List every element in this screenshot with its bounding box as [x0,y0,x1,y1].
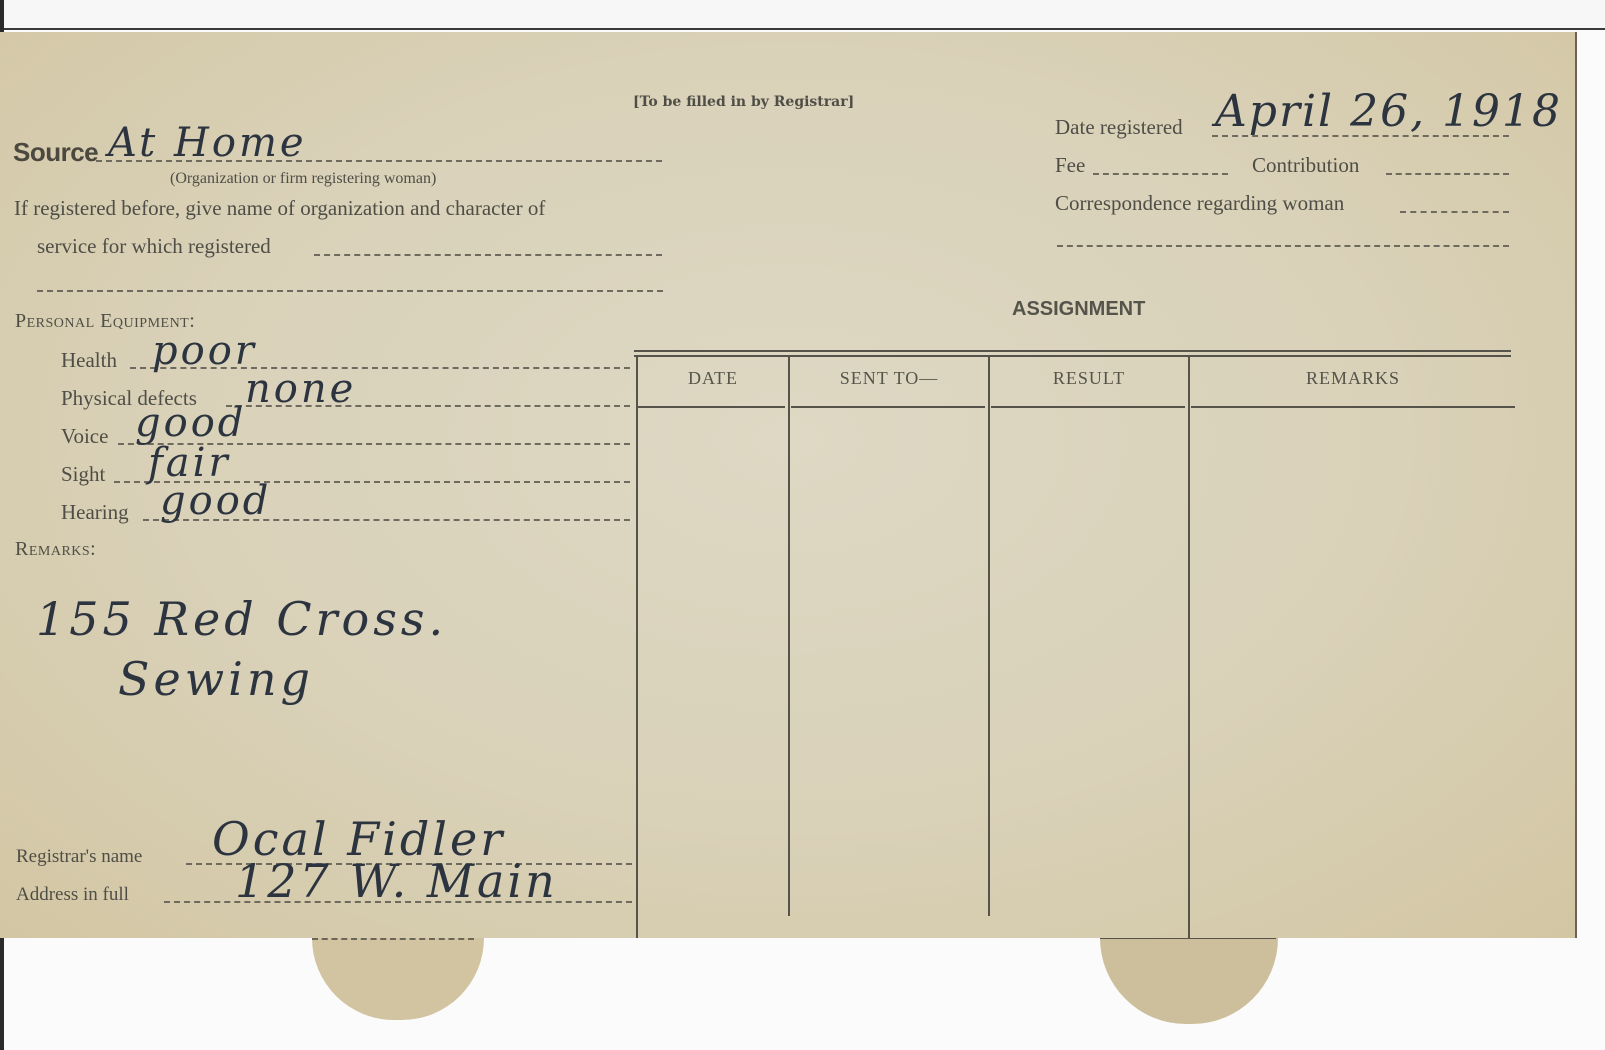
previous-registration-underline-1[interactable] [314,254,662,256]
registrar-note: [To be filled in by Registrar] [633,94,854,110]
fee-underline[interactable] [1093,173,1228,175]
address-value[interactable]: 127 W. Main [235,854,558,908]
previous-registration-underline-2[interactable] [37,290,663,292]
correspondence-underline-1[interactable] [1400,211,1509,213]
contribution-underline[interactable] [1386,173,1509,175]
remarks-column-cells[interactable] [1190,408,1516,928]
column-header-date: DATE [638,368,788,389]
assignment-title: ASSIGNMENT [1012,298,1145,321]
remarks-heading: Remarks: [15,538,96,561]
correspondence-label: Correspondence regarding woman [1055,191,1344,216]
health-label: Health [61,348,117,373]
health-value[interactable]: poor [152,328,257,374]
address-label: Address in full [16,884,129,906]
remarks-line-1[interactable]: 155 Red Cross. [36,592,447,646]
column-header-sent-to: SENT TO— [790,368,988,389]
tab-right-rule [1100,938,1276,939]
previous-registration-label-line1: If registered before, give name of organ… [14,196,545,221]
card-tab-right [1100,938,1278,1024]
table-top-rule-2 [634,355,1511,357]
hearing-value[interactable]: good [160,478,271,524]
sent-to-column-cells[interactable] [790,408,986,928]
source-value[interactable]: At Home [108,120,307,166]
sight-label: Sight [61,462,105,487]
hearing-label: Hearing [61,500,129,525]
correspondence-underline-2[interactable] [1057,245,1509,247]
result-column-cells[interactable] [990,408,1186,928]
scanner-background-top [0,0,1605,30]
contribution-label: Contribution [1252,153,1359,178]
voice-label: Voice [61,424,108,449]
previous-registration-label-line2: service for which registered [37,234,271,259]
column-header-remarks: REMARKS [1190,368,1516,389]
column-header-result: RESULT [990,368,1188,389]
remarks-line-2[interactable]: Sewing [118,652,314,706]
tab-left-dashed-line [312,938,474,940]
source-caption: (Organization or firm registering woman) [170,170,436,188]
table-top-rule-1 [634,350,1511,352]
source-label: Source [13,137,98,168]
physical-defects-value[interactable]: none [245,366,356,412]
registration-card: [To be filled in by Registrar] Source At… [0,32,1577,938]
date-registered-value[interactable]: April 26, 1918 [1215,86,1562,137]
card-tab-left [312,938,484,1020]
registrar-name-label: Registrar's name [16,846,142,868]
fee-label: Fee [1055,153,1085,178]
date-column-cells[interactable] [638,408,786,928]
date-registered-label: Date registered [1055,115,1183,140]
